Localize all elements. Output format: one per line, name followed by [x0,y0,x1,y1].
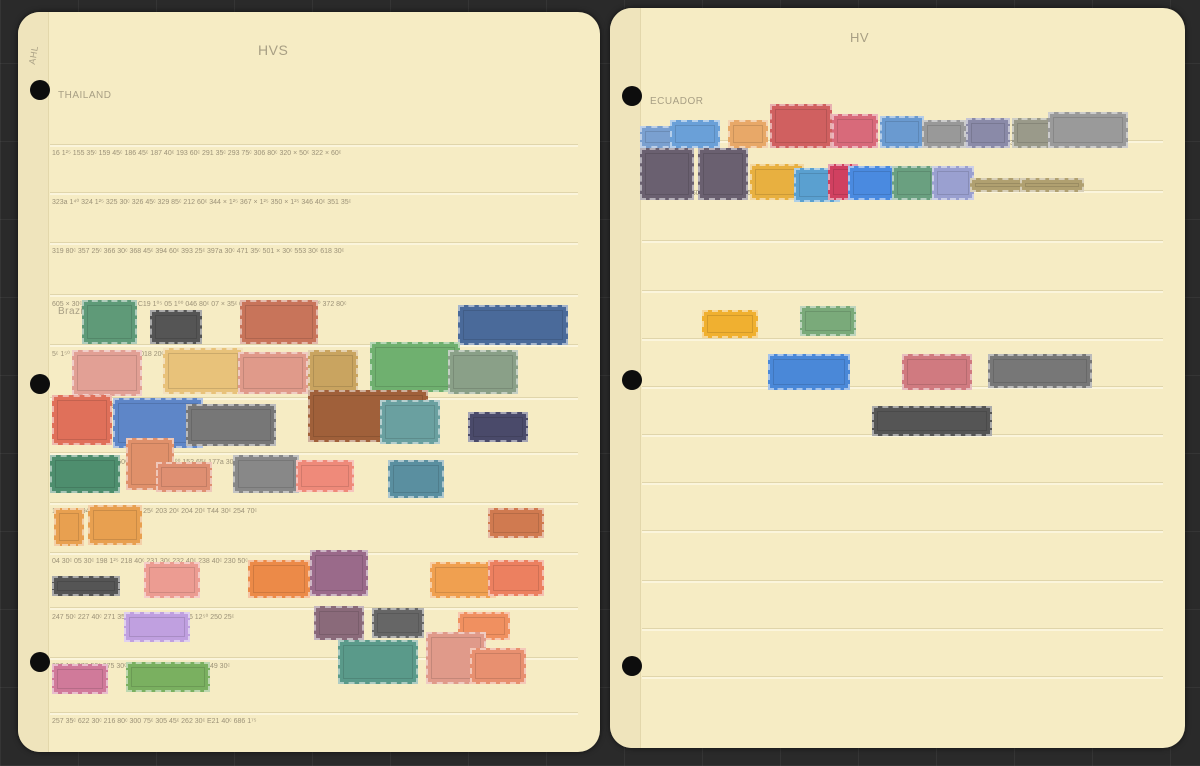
binder-hole [30,80,50,100]
stamp [922,120,966,148]
stamp [800,306,856,336]
mount-strip [642,482,1163,485]
stamp [702,310,758,338]
stamp [338,640,418,684]
binder-hole [30,374,50,394]
stamp [233,455,299,493]
stamp [488,508,544,538]
stamp [832,114,878,148]
stamp [902,354,972,390]
header-mark: HVS [258,42,288,58]
stamp [370,342,460,392]
stamp [314,606,364,640]
stamp [52,576,120,596]
mount-strip [642,240,1163,243]
stamp [872,406,992,436]
binder-hole [622,86,642,106]
mount-strip [642,676,1163,679]
mount-strip [642,628,1163,631]
stamp [72,350,142,396]
stamp [880,116,924,148]
stamp [163,348,243,394]
stamp [308,350,358,392]
stamp [186,404,276,446]
stamp [768,354,850,390]
stamp [54,508,84,546]
stamp [770,104,832,148]
catalog-notes: 319 80ᶜ 357 25ᶜ 366 30ᶜ 368 45ᶜ 394 60ᶜ … [52,248,344,255]
album-page-left: HVS AHL THAILAND Brazil 16 1²⁵ 155 35ᶜ 1… [18,12,600,752]
stamp [458,305,568,345]
stamp [240,300,318,344]
stamp [238,352,308,394]
stamp [988,354,1092,388]
country-heading: THAILAND [58,90,111,101]
stamp [52,664,108,694]
stamp [698,148,748,200]
stamp [892,166,936,200]
mount-strip [642,338,1163,341]
stamp [966,118,1010,148]
binder-hole [622,656,642,676]
stamp [52,395,112,445]
stamp [82,300,137,344]
stamp [468,412,528,442]
mount-strip [642,290,1163,293]
mount-strip [642,530,1163,533]
mount-strip [642,580,1163,583]
stamp [310,550,368,596]
country-heading: ECUADOR [650,96,704,107]
stamp [488,560,544,596]
header-mark: HV [850,30,869,45]
stamp [848,166,896,200]
album-page-right: HV ECUADOR 17 35ᶜ 378 40ᶜ 379 15ᶜ 380 55… [610,8,1185,748]
stamp [296,460,354,492]
binder-hole [622,370,642,390]
stamp [470,648,526,684]
mount-strip [50,192,578,195]
stamp [640,148,694,200]
stamp [448,350,518,394]
stamp [1048,112,1128,148]
stamp [88,505,142,545]
stamp [150,310,202,344]
catalog-notes: 16 1²⁵ 155 35ᶜ 159 45ᶜ 186 45ᶜ 187 40ᶜ 1… [52,150,341,157]
stamp [728,120,768,148]
binder-hole [30,652,50,672]
stamp [248,560,310,598]
mount-strip [50,712,578,715]
stamp [380,400,440,444]
stamp [1020,178,1084,192]
stamp [126,662,210,692]
stamp [932,166,974,200]
stamp [124,612,190,642]
stamp [372,608,424,638]
stamp [388,460,444,498]
stamp [144,562,200,598]
mount-strip [50,242,578,245]
mount-strip [50,144,578,147]
mount-strip [50,294,578,297]
stamp [430,562,496,598]
catalog-notes: 257 35ᶜ 622 30ᶜ 216 80ᶜ 300 75ᶜ 305 45ᶜ … [52,718,257,725]
stamp [50,455,120,493]
stamp [156,462,212,492]
stamp [670,120,720,148]
catalog-notes: 323a 1⁴⁰ 324 1²⁵ 325 30ᶜ 326 45ᶜ 329 85ᶜ… [52,198,351,206]
